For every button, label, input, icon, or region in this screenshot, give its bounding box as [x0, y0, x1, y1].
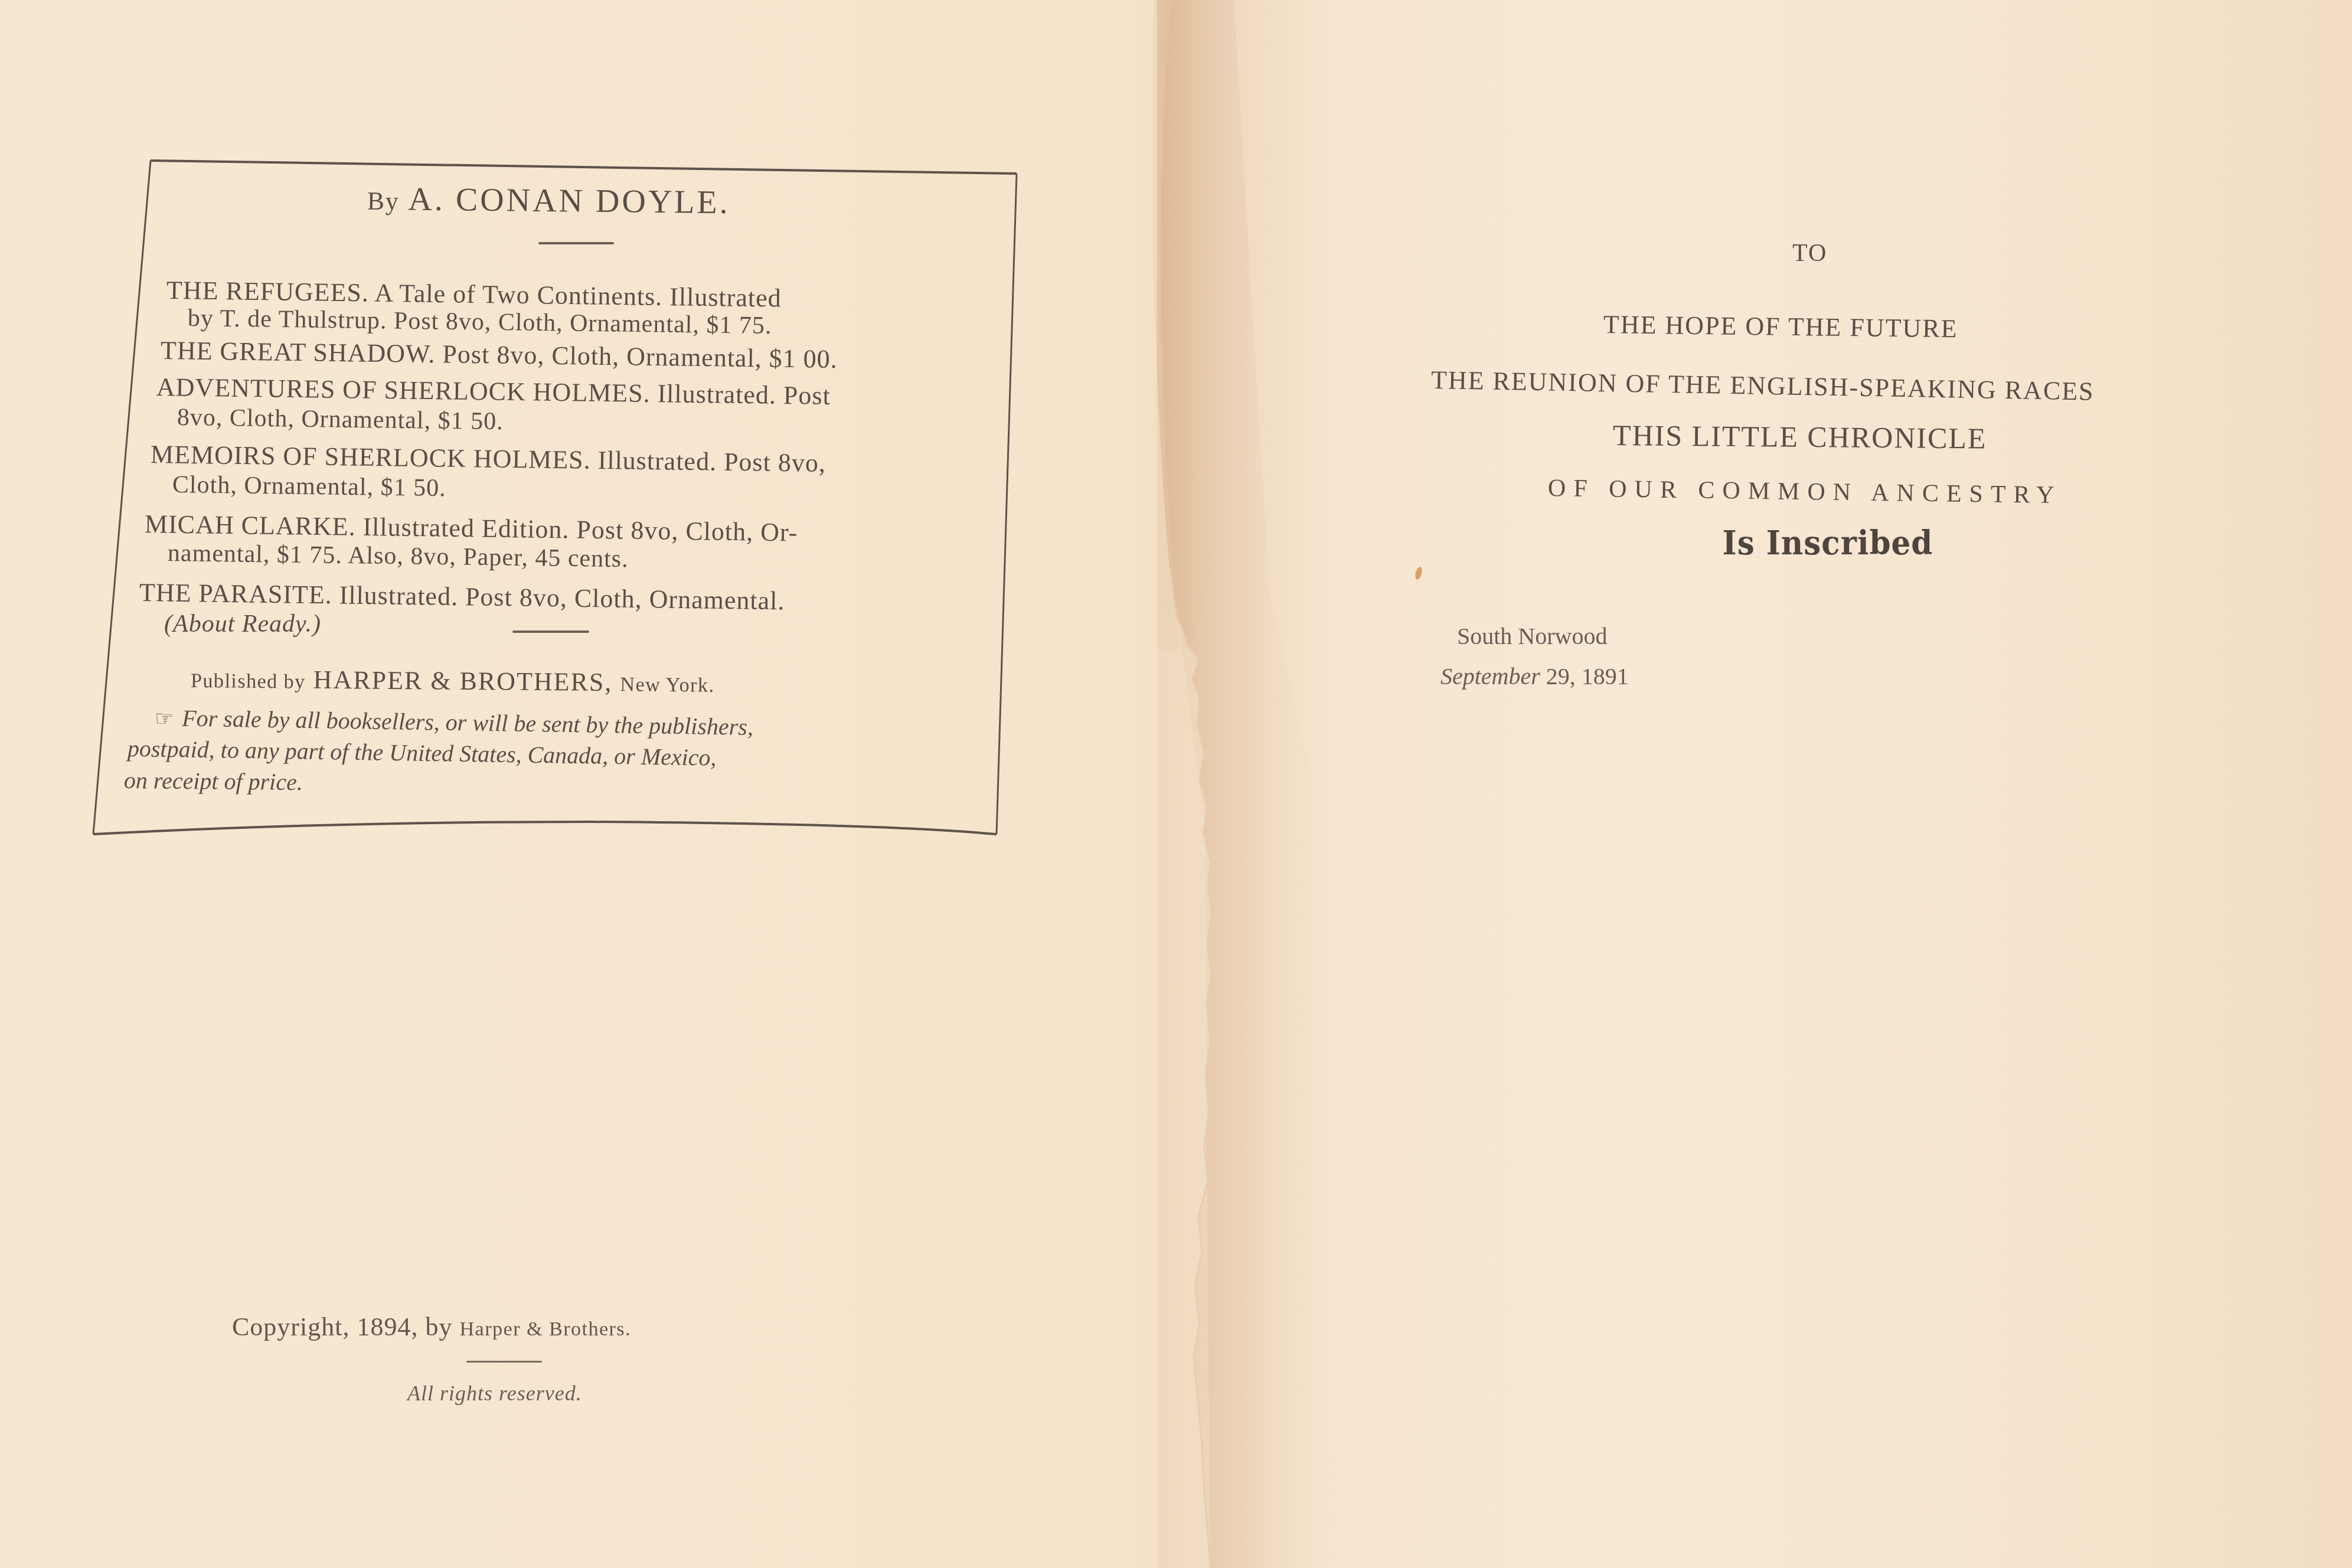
advert-heading: By A. CONAN DOYLE. — [367, 182, 730, 219]
notice-line: on receipt of price. — [124, 769, 303, 794]
entry-line: namental, $1 75. Also, 8vo, Paper, 45 ce… — [168, 541, 629, 571]
entry-line: 8vo, Cloth, Ornamental, $1 50. — [177, 405, 504, 434]
publisher-line: Published by HARPER & BROTHERS, New York… — [191, 666, 715, 697]
signature-date: September 29, 1891 — [1440, 665, 1629, 688]
right-page — [1157, 0, 2352, 1568]
copyright-separator-rule — [466, 1361, 542, 1363]
signature-place: South Norwood — [1457, 625, 1607, 648]
dedication-closing: Is Inscribed — [1723, 527, 1933, 560]
rights-reserved: All rights reserved. — [407, 1383, 582, 1404]
entry-line: Cloth, Ornamental, $1 50. — [172, 472, 446, 501]
dedication-to: TO — [1792, 241, 1827, 266]
copyright-line: Copyright, 1894, by Harper & Brothers. — [232, 1314, 631, 1340]
pointing-hand-icon: ☞ — [155, 708, 174, 730]
dedication-line: THE HOPE OF THE FUTURE — [1603, 312, 1958, 342]
dedication-line: THIS LITTLE CHRONICLE — [1613, 420, 1987, 453]
entries-separator-rule — [512, 631, 589, 633]
heading-separator-rule — [538, 242, 614, 244]
about-ready-note: (About Ready.) — [164, 612, 321, 636]
